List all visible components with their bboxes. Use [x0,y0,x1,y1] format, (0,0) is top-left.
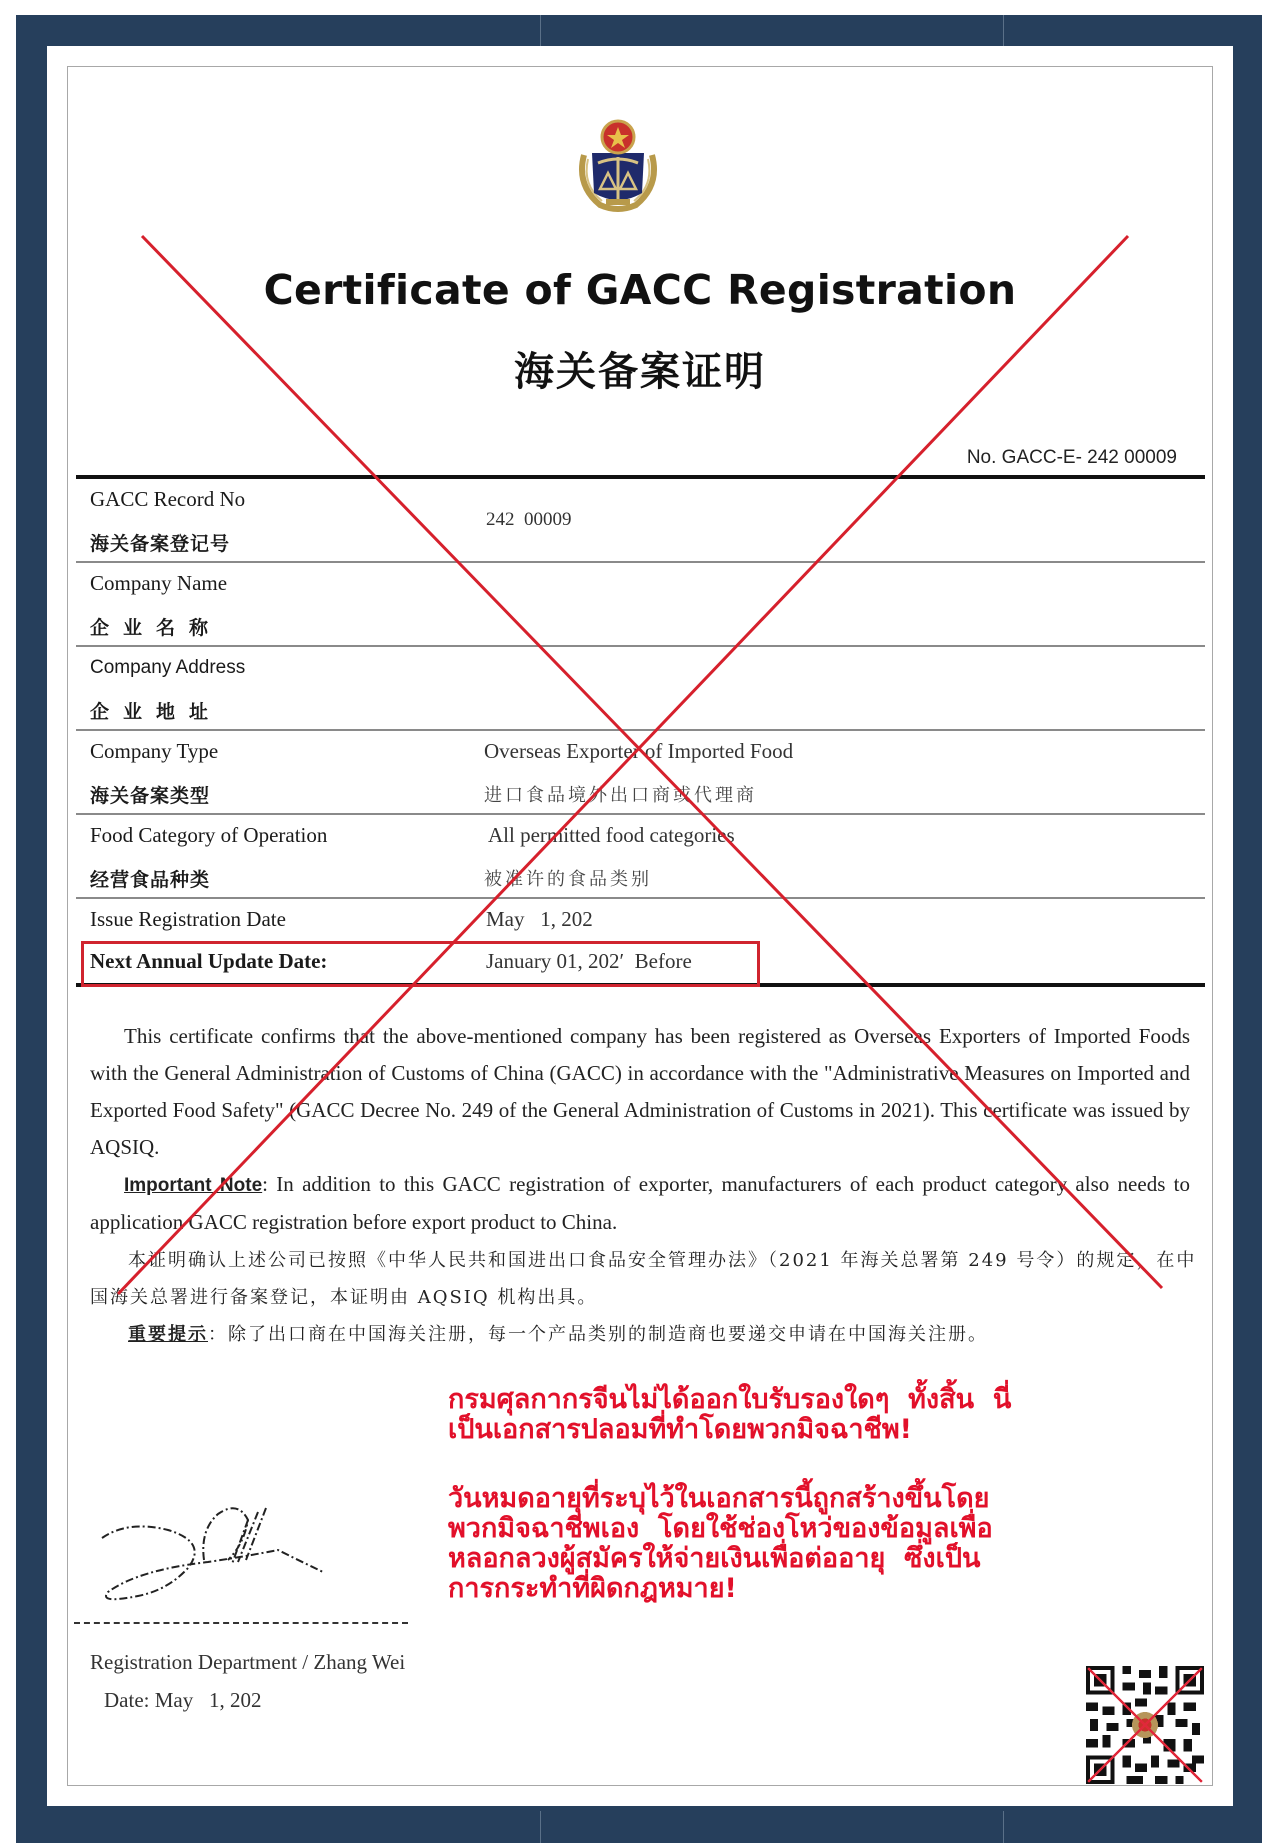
registration-details-table: GACC Record No 海关备案登记号 242 00009 Company… [76,475,1205,987]
field-value: May 1, 202 [486,907,593,932]
certificate-title-zh: 海关备案证明 [0,340,1280,397]
important-note-paragraph: Important Note: In addition to this GACC… [90,1166,1190,1241]
signature-line [74,1622,408,1624]
frame-seam [540,1811,541,1843]
field-label-zh: 海关备案登记号 [90,529,230,556]
important-note-paragraph-zh: 重要提示：除了出口商在中国海关注册，每一个产品类别的制造商也要递交申请在中国海关… [90,1316,1200,1353]
field-label-en: Company Address [90,657,245,679]
field-value: 242 00009 [486,509,572,531]
field-label-en: Next Annual Update Date: [90,949,327,974]
important-note-label: Important Note [124,1175,262,1196]
warning-line: กรมศุลกากรจีนไม่ได้ออกใบรับรองใดๆ ทั้งสิ… [448,1385,1088,1415]
table-row: Issue Registration Date May 1, 202 [76,899,1205,941]
certificate-body-en: This certificate confirms that the above… [90,1018,1190,1241]
field-value-zh: 进口食品境外出口商或代理商 [484,781,757,807]
qr-code-icon [1086,1666,1204,1784]
signature-icon [98,1500,328,1610]
important-note-text-zh: ：除了出口商在中国海关注册，每一个产品类别的制造商也要递交申请在中国海关注册。 [208,1324,988,1345]
confirmation-paragraph-zh: 本证明确认上述公司已按照《中华人民共和国进出口食品安全管理办法》（2021 年海… [90,1242,1200,1316]
table-row: GACC Record No 海关备案登记号 242 00009 [76,479,1205,561]
table-row: Company Address 企业地址 [76,647,1205,729]
certificate-body-zh: 本证明确认上述公司已按照《中华人民共和国进出口食品安全管理办法》（2021 年海… [90,1242,1200,1353]
important-note-label-zh: 重要提示 [128,1324,208,1345]
table-row: Company Name 企业名称 [76,563,1205,645]
table-row: Food Category of Operation 经营食品种类 All pe… [76,815,1205,897]
expiry-scam-warning: วันหมดอายุที่ระบุไว้ในเอกสารนี้ถูกสร้างข… [448,1484,1088,1604]
customs-emblem-icon [570,115,666,215]
signatory-name: Registration Department / Zhang Wei [90,1650,405,1675]
field-label-zh: 企业地址 [90,697,222,724]
field-label-zh: 海关备案类型 [90,781,210,808]
field-label-en: Food Category of Operation [90,823,327,848]
field-value-zh: 被准许的食品类别 [484,865,652,891]
frame-seam [1003,1811,1004,1843]
field-label-zh: 企业名称 [90,613,222,640]
field-label-en: Company Type [90,739,218,764]
field-label-en: Company Name [90,571,227,596]
table-row: Company Type 海关备案类型 Overseas Exporter of… [76,731,1205,813]
warning-line: การกระทำที่ผิดกฎหมาย! [448,1574,1088,1604]
fake-document-warning: กรมศุลกากรจีนไม่ได้ออกใบรับรองใดๆ ทั้งสิ… [448,1385,1088,1445]
field-value: January 01, 202′ Before [486,949,692,974]
frame-seam [540,15,541,47]
field-label-en: GACC Record No [90,487,245,512]
signature-date: Date: May 1, 202 [104,1688,261,1713]
document-number: No. GACC-E- 242 00009 [967,447,1177,469]
warning-line: หลอกลวงผู้สมัครให้จ่ายเงินเพื่อต่ออายุ ซ… [448,1544,1088,1574]
field-label-zh: 经营食品种类 [90,865,210,892]
confirmation-paragraph: This certificate confirms that the above… [90,1018,1190,1166]
field-value-en: All permitted food categories [488,823,735,848]
warning-line: เป็นเอกสารปลอมที่ทำโดยพวกมิจฉาชีพ! [448,1415,1088,1445]
frame-seam [1003,15,1004,47]
field-value-en: Overseas Exporter of Imported Food [484,739,793,764]
warning-line: พวกมิจฉาชีพเอง โดยใช้ช่องโหว่ของข้อมูลเพ… [448,1514,1088,1544]
field-label-en: Issue Registration Date [90,907,286,932]
table-row-highlighted: Next Annual Update Date: January 01, 202… [76,941,1205,983]
warning-line: วันหมดอายุที่ระบุไว้ในเอกสารนี้ถูกสร้างข… [448,1484,1088,1514]
certificate-title-en: Certificate of GACC Registration [0,266,1280,314]
